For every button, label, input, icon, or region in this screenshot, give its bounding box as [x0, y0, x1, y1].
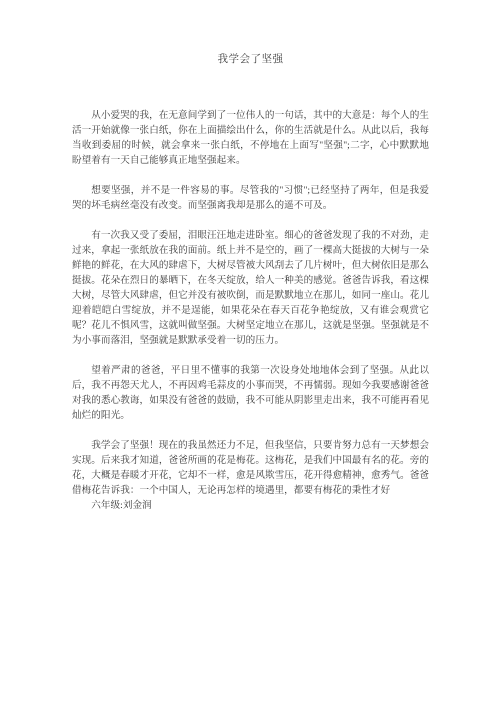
essay-signature: 六年级:刘金润	[72, 498, 429, 513]
document-page: 我学会了坚强 从小爱哭的我，在无意间学到了一位伟人的一句话，其中的大意是：每个人…	[0, 0, 500, 708]
essay-body: 从小爱哭的我，在无意间学到了一位伟人的一句话，其中的大意是：每个人的生活一开始就…	[72, 108, 429, 513]
essay-paragraph-1: 从小爱哭的我，在无意间学到了一位伟人的一句话，其中的大意是：每个人的生活一开始就…	[72, 108, 429, 168]
essay-paragraph-4: 望着严肃的爸爸，平日里不懂事的我第一次设身处地地体会到了坚强。从此以后，我不再怨…	[72, 363, 429, 423]
essay-paragraph-3: 有一次我又受了委屈，泪眼汪汪地走进卧室。细心的爸爸发现了我的不对劲，走过来，拿起…	[72, 228, 429, 348]
essay-title: 我学会了坚强	[72, 52, 429, 67]
essay-paragraph-2: 想要坚强，并不是一件容易的事。尽管我的"习惯";已经坚持了两年，但是我爱哭的坏毛…	[72, 183, 429, 213]
essay-paragraph-5: 我学会了坚强！现在的我虽然还力不足，但我坚信，只要肯努力总有一天梦想会实现。后来…	[72, 438, 429, 498]
